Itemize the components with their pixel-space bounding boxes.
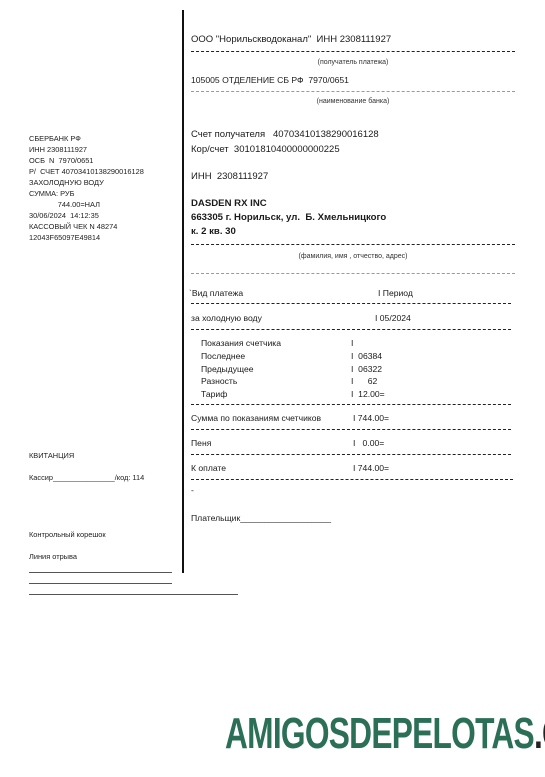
payment-type-value: за холодную воду — [191, 313, 262, 323]
bank-rule — [191, 91, 515, 92]
meter-title-sep: I — [351, 338, 353, 348]
recipient-line: ООО "Норильскводоканал" ИНН 2308111927 — [191, 34, 391, 45]
meter-row-value: I 12.00= — [351, 389, 385, 399]
meter-row-label: Разность — [201, 376, 237, 386]
penalty-rule — [191, 454, 511, 455]
meter-row-label: Тариф — [201, 389, 227, 399]
payer-caption: (фамилия, имя , отчество, адрес) — [191, 253, 515, 260]
blank-line — [29, 594, 238, 595]
total-label: Сумма по показаниям счетчиков — [191, 413, 321, 423]
total-value: I 744.00= — [353, 413, 389, 423]
meter-row-label: Предыдущее — [201, 364, 254, 374]
stub-line: КАССОВЫЙ ЧЕК N 48274 — [29, 222, 117, 231]
meter-row-value: I 06384 — [351, 351, 382, 361]
bank-caption: (наименование банка) — [191, 98, 515, 105]
stub-line: СУММА: РУБ — [29, 189, 74, 198]
payment-type-rule — [191, 329, 511, 330]
meter-title: Показания счетчика — [201, 338, 281, 348]
payer-address-line2: к. 2 кв. 30 — [191, 226, 236, 237]
stub-title: КВИТАНЦИЯ — [29, 451, 74, 460]
stub-line: 12043F65097E49814 — [29, 233, 100, 242]
stub-line: СБЕРБАНК РФ — [29, 134, 81, 143]
payer-name: DASDEN RX INC — [191, 198, 267, 209]
tear-line-label: Линия отрыва — [29, 552, 77, 561]
period-value: I 05/2024 — [375, 313, 411, 323]
dash-mark: - — [191, 485, 194, 495]
meter-row-value: I 62 — [351, 376, 377, 386]
penalty-label: Пеня — [191, 438, 211, 448]
payer-address-line1: 663305 г. Норильск, ул. Б. Хмельницкого — [191, 212, 386, 223]
amount-due-label: К оплате — [191, 463, 226, 473]
period-header: I Период — [378, 288, 413, 298]
control-stub-label: Контрольный корешок — [29, 530, 106, 539]
watermark-main: AMIGOSDEPELOTAS — [225, 709, 534, 758]
recipient-caption: (получатель платежа) — [191, 59, 515, 66]
stub-line: 744.00=НАЛ — [29, 200, 100, 209]
stub-line: 30/06/2024 14:12:35 — [29, 211, 99, 220]
meter-row-value: I 06322 — [351, 364, 382, 374]
meter-row-label: Последнее — [201, 351, 245, 361]
stub-line: Р/ СЧЕТ 40703410138290016128 — [29, 167, 144, 176]
penalty-value: I 0.00= — [353, 438, 384, 448]
recipient-rule — [191, 51, 515, 52]
blank-line — [29, 572, 172, 573]
recipient-account: Счет получателя 40703410138290016128 — [191, 129, 379, 140]
watermark-logo: AMIGOSDEPELOTAS.COM — [225, 712, 545, 756]
stub-line: ОСБ N 7970/0651 — [29, 156, 93, 165]
total-rule — [191, 429, 511, 430]
amount-due-rule — [191, 479, 513, 480]
watermark-tld: .COM — [534, 709, 545, 758]
blank-line — [29, 583, 172, 584]
corr-account: Кор/счет 30101810400000000225 — [191, 144, 340, 155]
tear-off-divider — [182, 10, 184, 573]
bank-line: 105005 ОТДЕЛЕНИЕ СБ РФ 7970/0651 — [191, 75, 349, 85]
payment-type-header: `Вид платежа — [189, 288, 243, 298]
stub-line: ЗАХОЛОДНУЮ ВОДУ — [29, 178, 104, 187]
payer-caption-rule — [191, 273, 515, 274]
header-rule — [191, 303, 511, 304]
recipient-inn: ИНН 2308111927 — [191, 171, 268, 182]
amount-due-value: I 744.00= — [353, 463, 389, 473]
payer-rule — [191, 244, 515, 245]
meter-rule — [191, 404, 511, 405]
cashier-line: Кассир_______________/код: 114 — [29, 473, 144, 482]
stub-line: ИНН 2308111927 — [29, 145, 87, 154]
payer-signature: Плательщик___________________ — [191, 513, 331, 523]
